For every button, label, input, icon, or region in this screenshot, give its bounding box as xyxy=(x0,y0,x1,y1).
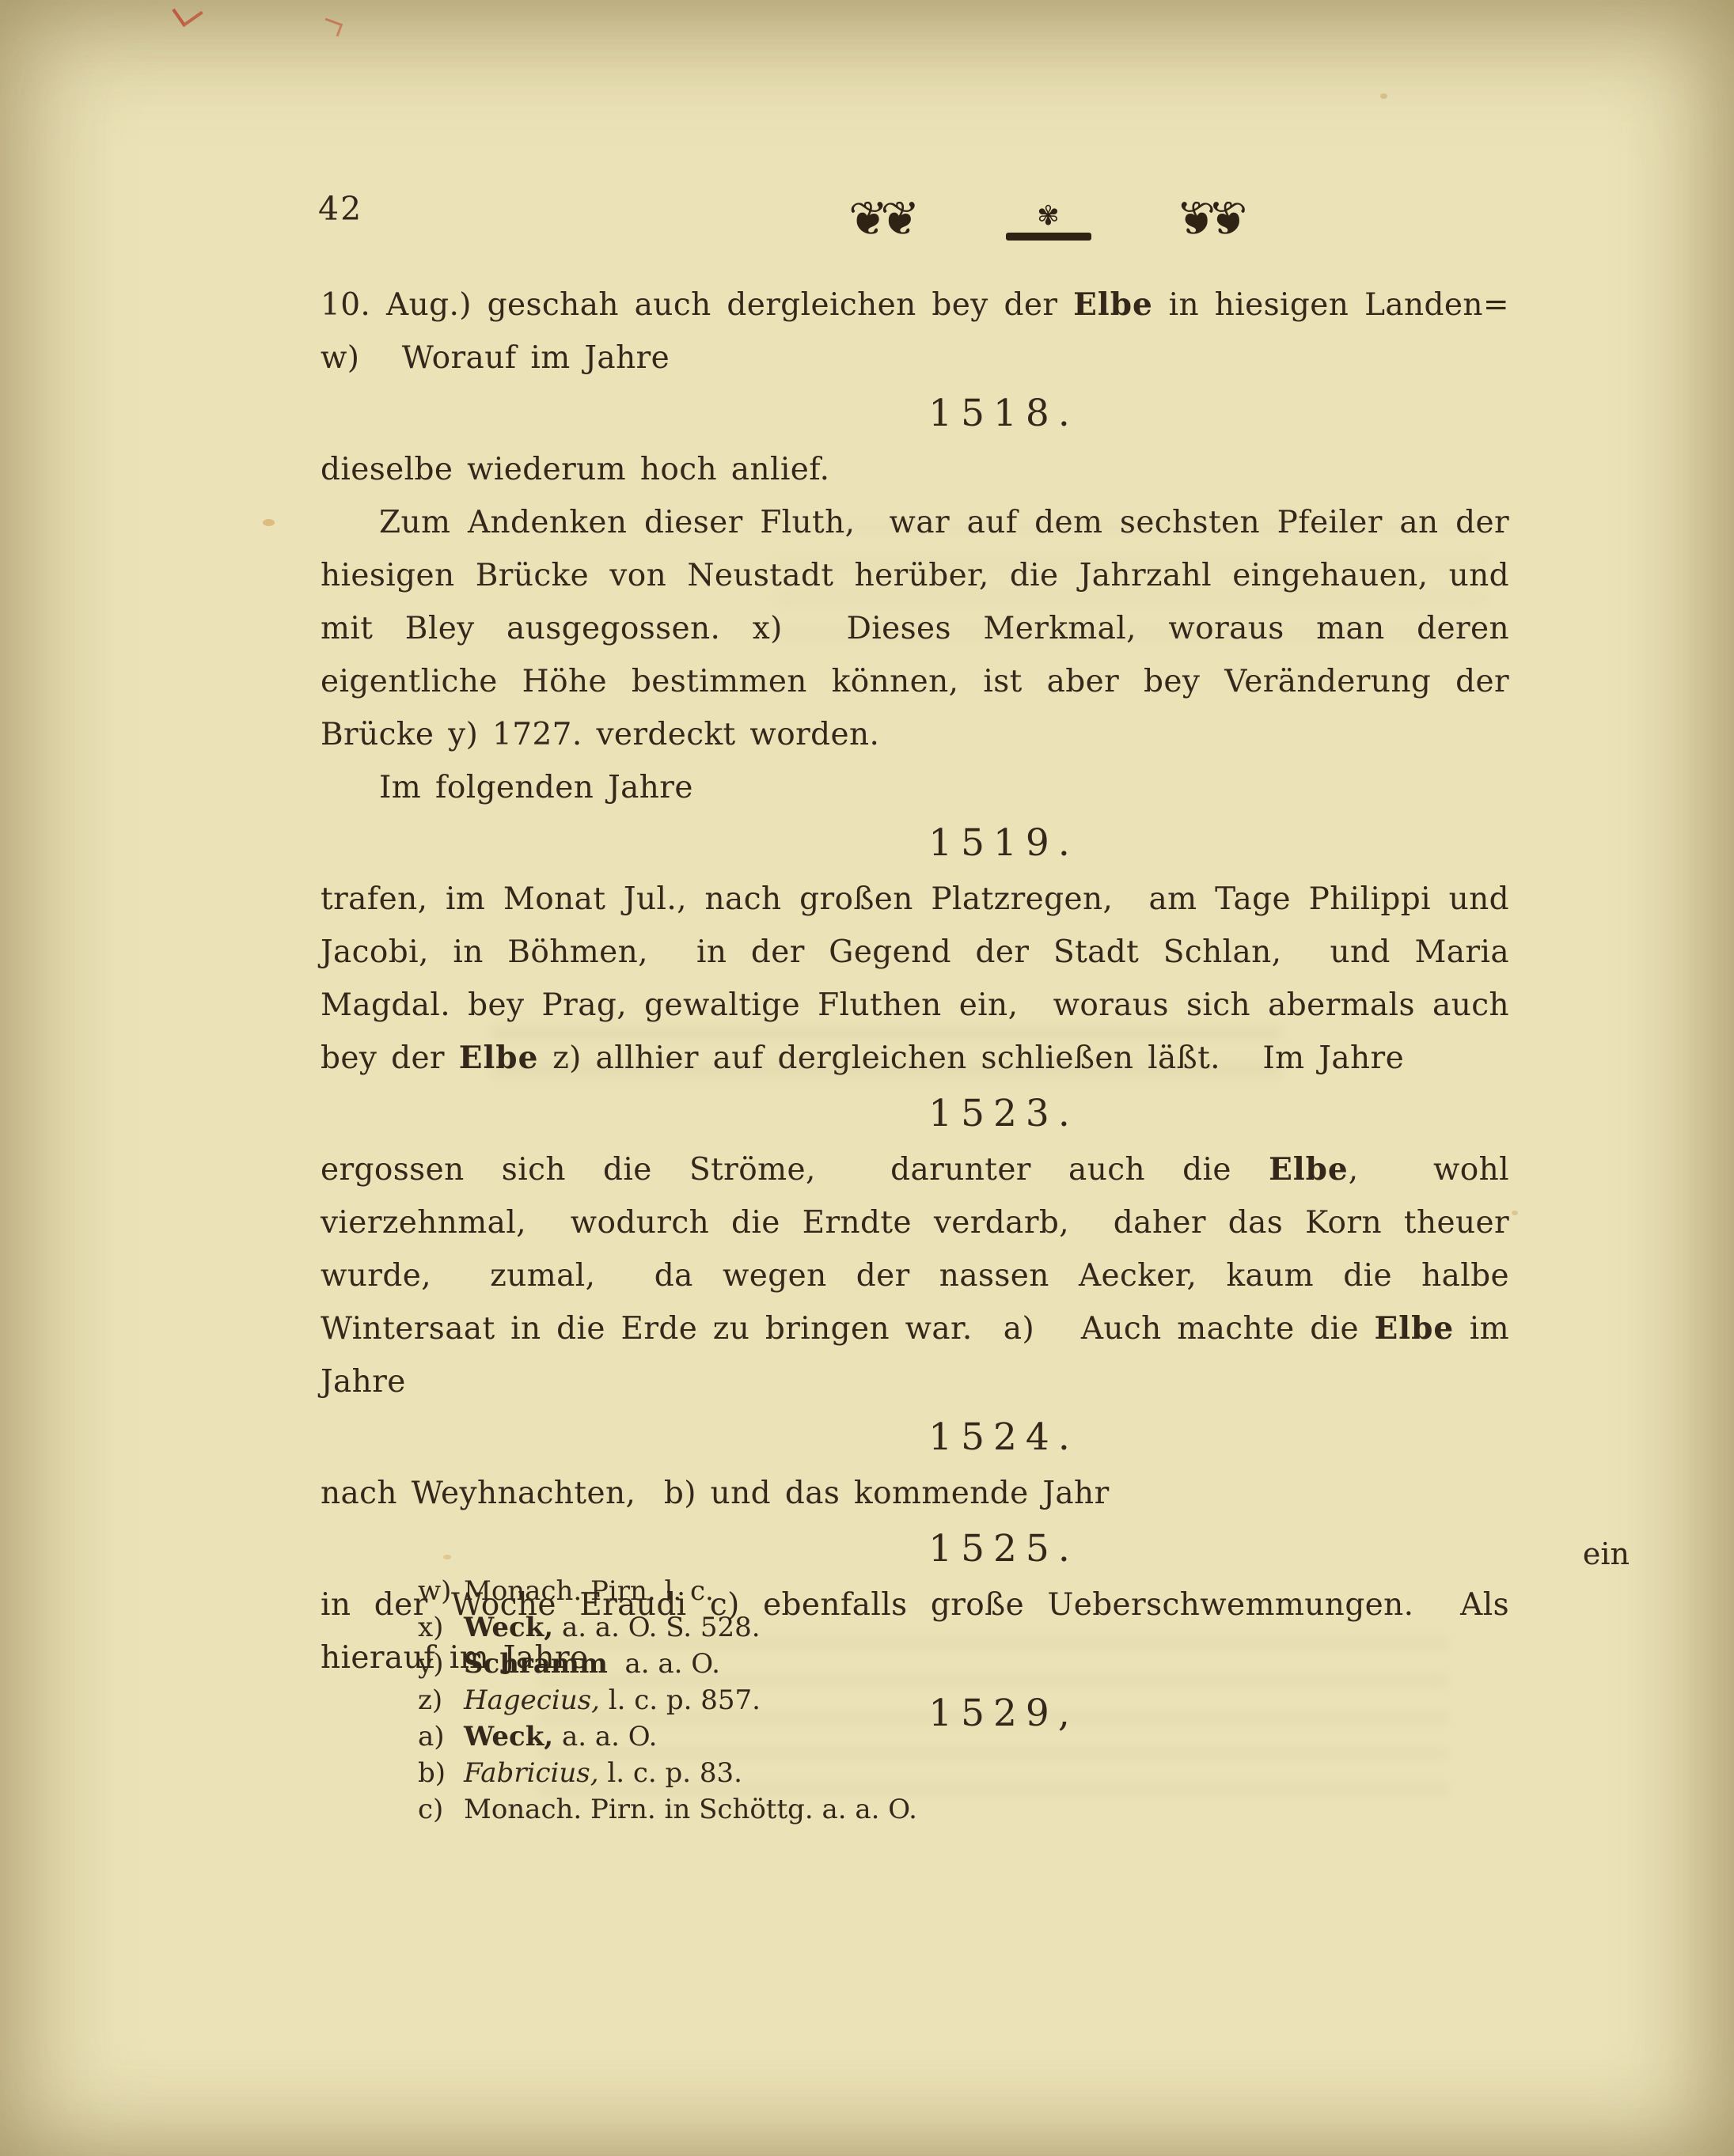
footnote-row: a)Weck, a. a. O. xyxy=(418,1718,917,1755)
text-column: 10. Aug.) geschah auch dergleichen bey d… xyxy=(321,278,1509,1743)
footnote-name: Weck, xyxy=(464,1612,553,1643)
footnote-text: l. c. p. 83. xyxy=(599,1757,742,1789)
footnote-text: in Schöttg. a. a. O. xyxy=(656,1794,917,1825)
footnotes-block: w)Monach. Pirn. l. c. x)Weck, a. a. O. S… xyxy=(418,1573,917,1828)
paragraph-andenken: Zum Andenken dieser Fluth, war auf dem s… xyxy=(321,496,1509,761)
text-segment: z) allhier auf dergleichen schließen läß… xyxy=(538,1040,1404,1076)
footnote-text: a. a. O. S. 528. xyxy=(553,1612,760,1643)
footnote-name: Monach. Pirn. xyxy=(464,1794,656,1825)
footnote-label: y) xyxy=(418,1646,464,1682)
paper-fleck xyxy=(263,519,275,526)
fleuron-right-icon: ❦❦ xyxy=(1184,195,1248,243)
footnote-name: Monach. Pirn. xyxy=(464,1575,656,1607)
footnote-row: z)Hagecius, l. c. p. 857. xyxy=(418,1682,917,1718)
page-number: 42 xyxy=(318,190,362,228)
elbe-emphasis: Elbe xyxy=(1073,286,1153,323)
footnote-label: a) xyxy=(418,1718,464,1755)
footnote-label: c) xyxy=(418,1791,464,1828)
year-heading-1524: 1524. xyxy=(409,1410,1598,1465)
footnote-text: a. a. O. xyxy=(553,1721,657,1752)
red-pen-mark xyxy=(172,0,203,27)
year-heading-1519: 1519. xyxy=(409,816,1598,871)
paragraph-1523: ergossen sich die Ströme, darunter auch … xyxy=(321,1143,1509,1408)
paragraph-1524: nach Weyhnachten, b) und das kommende Ja… xyxy=(321,1467,1509,1520)
footnote-row: b)Fabricius, l. c. p. 83. xyxy=(418,1755,917,1791)
elbe-emphasis: Elbe xyxy=(459,1040,539,1076)
catchword: ein xyxy=(1583,1536,1630,1571)
scanned-book-page: 42 ❦❦ ✾ ❦❦ 10. Aug.) geschah auch dergle… xyxy=(0,0,1734,2156)
text-segment: ergossen sich die Ströme, darunter auch … xyxy=(321,1152,1269,1188)
footnote-row: y)Schramm a. a. O. xyxy=(418,1646,917,1682)
footnote-text: l. c. xyxy=(656,1575,714,1607)
ornament-bar xyxy=(1006,233,1091,241)
footnote-label: w) xyxy=(418,1573,464,1609)
footnote-name: Hagecius, xyxy=(464,1684,600,1716)
flower-icon: ✾ xyxy=(1037,203,1060,229)
footnote-row: w)Monach. Pirn. l. c. xyxy=(418,1573,917,1609)
header-ornament: ❦❦ ✾ ❦❦ xyxy=(848,184,1248,255)
red-pen-mark xyxy=(321,18,343,37)
paper-fleck xyxy=(1380,93,1387,99)
footnote-label: z) xyxy=(418,1682,464,1718)
footnote-row: c)Monach. Pirn. in Schöttg. a. a. O. xyxy=(418,1791,917,1828)
paragraph-folgend: Im folgenden Jahre xyxy=(321,761,1509,814)
year-heading-1523: 1523. xyxy=(409,1086,1598,1142)
footnote-name: Weck, xyxy=(464,1721,553,1752)
elbe-emphasis: Elbe xyxy=(1375,1310,1455,1347)
footnote-row: x)Weck, a. a. O. S. 528. xyxy=(418,1609,917,1646)
footnote-text: a. a. O. xyxy=(608,1648,720,1680)
paragraph-intro: 10. Aug.) geschah auch dergleichen bey d… xyxy=(321,278,1509,385)
elbe-emphasis: Elbe xyxy=(1269,1151,1349,1188)
text-segment: 10. Aug.) geschah auch dergleichen bey d… xyxy=(321,287,1073,323)
footnote-name: Schramm xyxy=(464,1648,608,1680)
footnote-name: Fabricius, xyxy=(464,1757,599,1789)
center-ornament: ✾ xyxy=(1006,203,1091,241)
paragraph-1519: trafen, im Monat Jul., nach großen Platz… xyxy=(321,873,1509,1085)
footnote-label: b) xyxy=(418,1755,464,1791)
paragraph-1518: dieselbe wiederum hoch anlief. xyxy=(321,443,1509,496)
year-heading-1518: 1518. xyxy=(409,386,1598,441)
fleuron-left-icon: ❦❦ xyxy=(848,195,913,243)
footnote-text: l. c. p. 857. xyxy=(600,1684,761,1716)
paper-fleck xyxy=(1512,1211,1518,1215)
year-heading-1525: 1525. xyxy=(409,1521,1598,1577)
footnote-label: x) xyxy=(418,1609,464,1646)
